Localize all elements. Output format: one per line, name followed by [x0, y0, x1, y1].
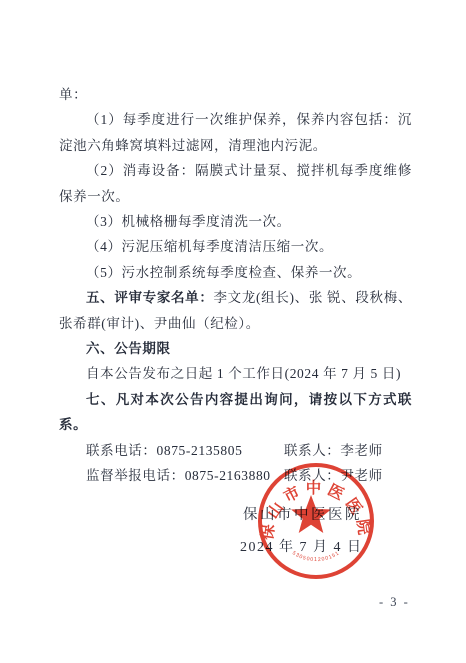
section-experts: 五、评审专家名单：李文龙(组长)、张 锐、段秋梅、张希群(审计)、尹曲仙（纪检）…: [59, 285, 412, 336]
document-page: 单： （1）每季度进行一次维护保养，保养内容包括：沉淀池六角蜂窝填料过滤网，清理…: [0, 0, 466, 663]
section-experts-heading: 五、评审专家名单：: [86, 290, 214, 305]
official-seal: 保山市中医医院 5305001200151: [246, 451, 386, 591]
list-item-4: （4）污泥压缩机每季度清洁压缩一次。: [59, 234, 412, 259]
section-period-body: 自本公告发布之日起 1 个工作日(2024 年 7 月 5 日): [59, 361, 412, 386]
list-item-1: （1）每季度进行一次维护保养，保养内容包括：沉淀池六角蜂窝填料过滤网，清理池内污…: [59, 107, 412, 158]
list-item-2: （2）消毒设备：隔膜式计量泵、搅拌机每季度维修保养一次。: [59, 158, 412, 209]
list-lead: 单：: [59, 82, 412, 107]
page-number: - 3 -: [379, 595, 410, 610]
list-item-5: （5）污水控制系统每季度检查、保养一次。: [59, 260, 412, 285]
seal-code-text: 5305001200151: [291, 550, 341, 563]
section-contact-heading: 七、凡对本次公告内容提出询问，请按以下方式联系。: [59, 387, 412, 438]
section-period-heading: 六、公告期限: [59, 336, 412, 361]
list-item-3: （3）机械格栅每季度清洗一次。: [59, 209, 412, 234]
document-body: 单： （1）每季度进行一次维护保养，保养内容包括：沉淀池六角蜂窝填料过滤网，清理…: [59, 82, 412, 489]
